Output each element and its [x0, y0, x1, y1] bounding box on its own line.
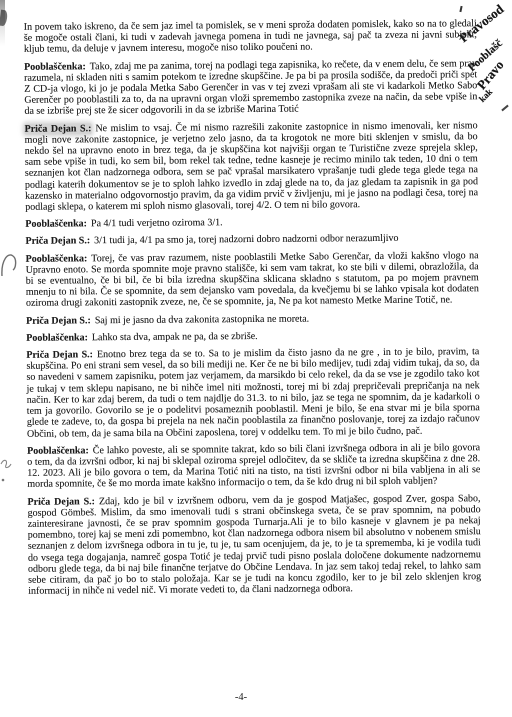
- paragraph-text: Če lahko poveste, ali se spomnite takrat…: [27, 442, 480, 490]
- paragraph-text: Enotno brez tega da se to. Sa to je misl…: [26, 346, 480, 439]
- scan-blot-artifact: [0, 10, 8, 27]
- paragraph-text: Saj mi je jasno da dva zakonita zastopni…: [95, 313, 309, 326]
- transcript-body: In povem tako iskreno, da če sem jaz ime…: [24, 18, 482, 603]
- speaker-label: Priča Dejan S.:: [26, 349, 93, 361]
- speaker-label: Pooblaščenka:: [26, 332, 88, 343]
- transcript-paragraph: Priča Dejan S.:Zdaj, kdo je bil v izvršn…: [27, 493, 481, 597]
- paragraph-text: Torej, če vas prav razumem, niste poobla…: [26, 250, 479, 309]
- paragraph-text: Zdaj, kdo je bil v izvršnem odboru, vem …: [28, 493, 482, 597]
- scan-dash-artifact: [501, 105, 508, 112]
- stamp-text-fragment: kak: [477, 87, 494, 104]
- scanned-transcript-page: Pravosod Pooblašč Pravo kak In povem tak…: [0, 0, 512, 717]
- transcript-paragraph: Pooblaščenka:Pa 4/1 tudi verjetno ozirom…: [25, 215, 478, 230]
- scan-smudge-artifact: [0, 0, 5, 46]
- transcript-paragraph: Priča Dejan S.:Saj mi je jasno da dva za…: [26, 312, 479, 327]
- speaker-label: Pooblaščenka:: [25, 219, 87, 230]
- paragraph-text: 3/1 tudi ja, 4/1 pa smo ja, torej nadzor…: [94, 233, 398, 246]
- speaker-label: Pooblaščenka:: [27, 445, 89, 456]
- paragraph-text: Tako, zdaj me pa zanima, torej na podlag…: [24, 58, 477, 117]
- transcript-paragraph: Pooblaščenka:Lahko sta dva, ampak ne pa,…: [26, 329, 479, 344]
- transcript-paragraph: Priča Dejan S.:3/1 tudi ja, 4/1 pa smo j…: [25, 233, 478, 248]
- page-number: -4-: [26, 692, 456, 703]
- margin-pen-squiggle: [0, 240, 20, 280]
- margin-pen-marks: [0, 450, 14, 486]
- scan-tick-artifact: [459, 6, 462, 12]
- transcript-paragraph: Pooblaščenka:Tako, zdaj me pa zanima, to…: [24, 58, 477, 118]
- transcript-paragraph: Priča Dejan S.:Ne mislim to vsaj. Če mi …: [25, 120, 479, 213]
- transcript-paragraph: Pooblaščenka:Torej, če vas prav razumem,…: [26, 250, 479, 310]
- speaker-label-highlighted: Priča Dejan S.:: [25, 123, 92, 135]
- speaker-label: Pooblaščenka:: [26, 253, 88, 264]
- speaker-label: Pooblaščenka:: [24, 61, 86, 72]
- transcript-paragraph: Priča Dejan S.:Enotno brez tega da se to…: [26, 346, 480, 439]
- paragraph-text: In povem tako iskreno, da če sem jaz ime…: [24, 18, 477, 55]
- speaker-label: Priča Dejan S.:: [27, 496, 95, 508]
- speaker-label: Priča Dejan S.:: [26, 315, 91, 327]
- transcript-paragraph: In povem tako iskreno, da če sem jaz ime…: [24, 18, 477, 55]
- paragraph-text: Ne mislim to vsaj. Če mi nismo razrešili…: [25, 120, 479, 213]
- paragraph-text: Pa 4/1 tudi verjetno oziroma 3/1.: [91, 217, 223, 229]
- speaker-label: Priča Dejan S.:: [25, 236, 90, 248]
- paragraph-text: Lahko sta dva, ampak ne pa, da se zbriše…: [92, 331, 258, 343]
- transcript-paragraph: Pooblaščenka:Če lahko poveste, ali se sp…: [27, 442, 480, 490]
